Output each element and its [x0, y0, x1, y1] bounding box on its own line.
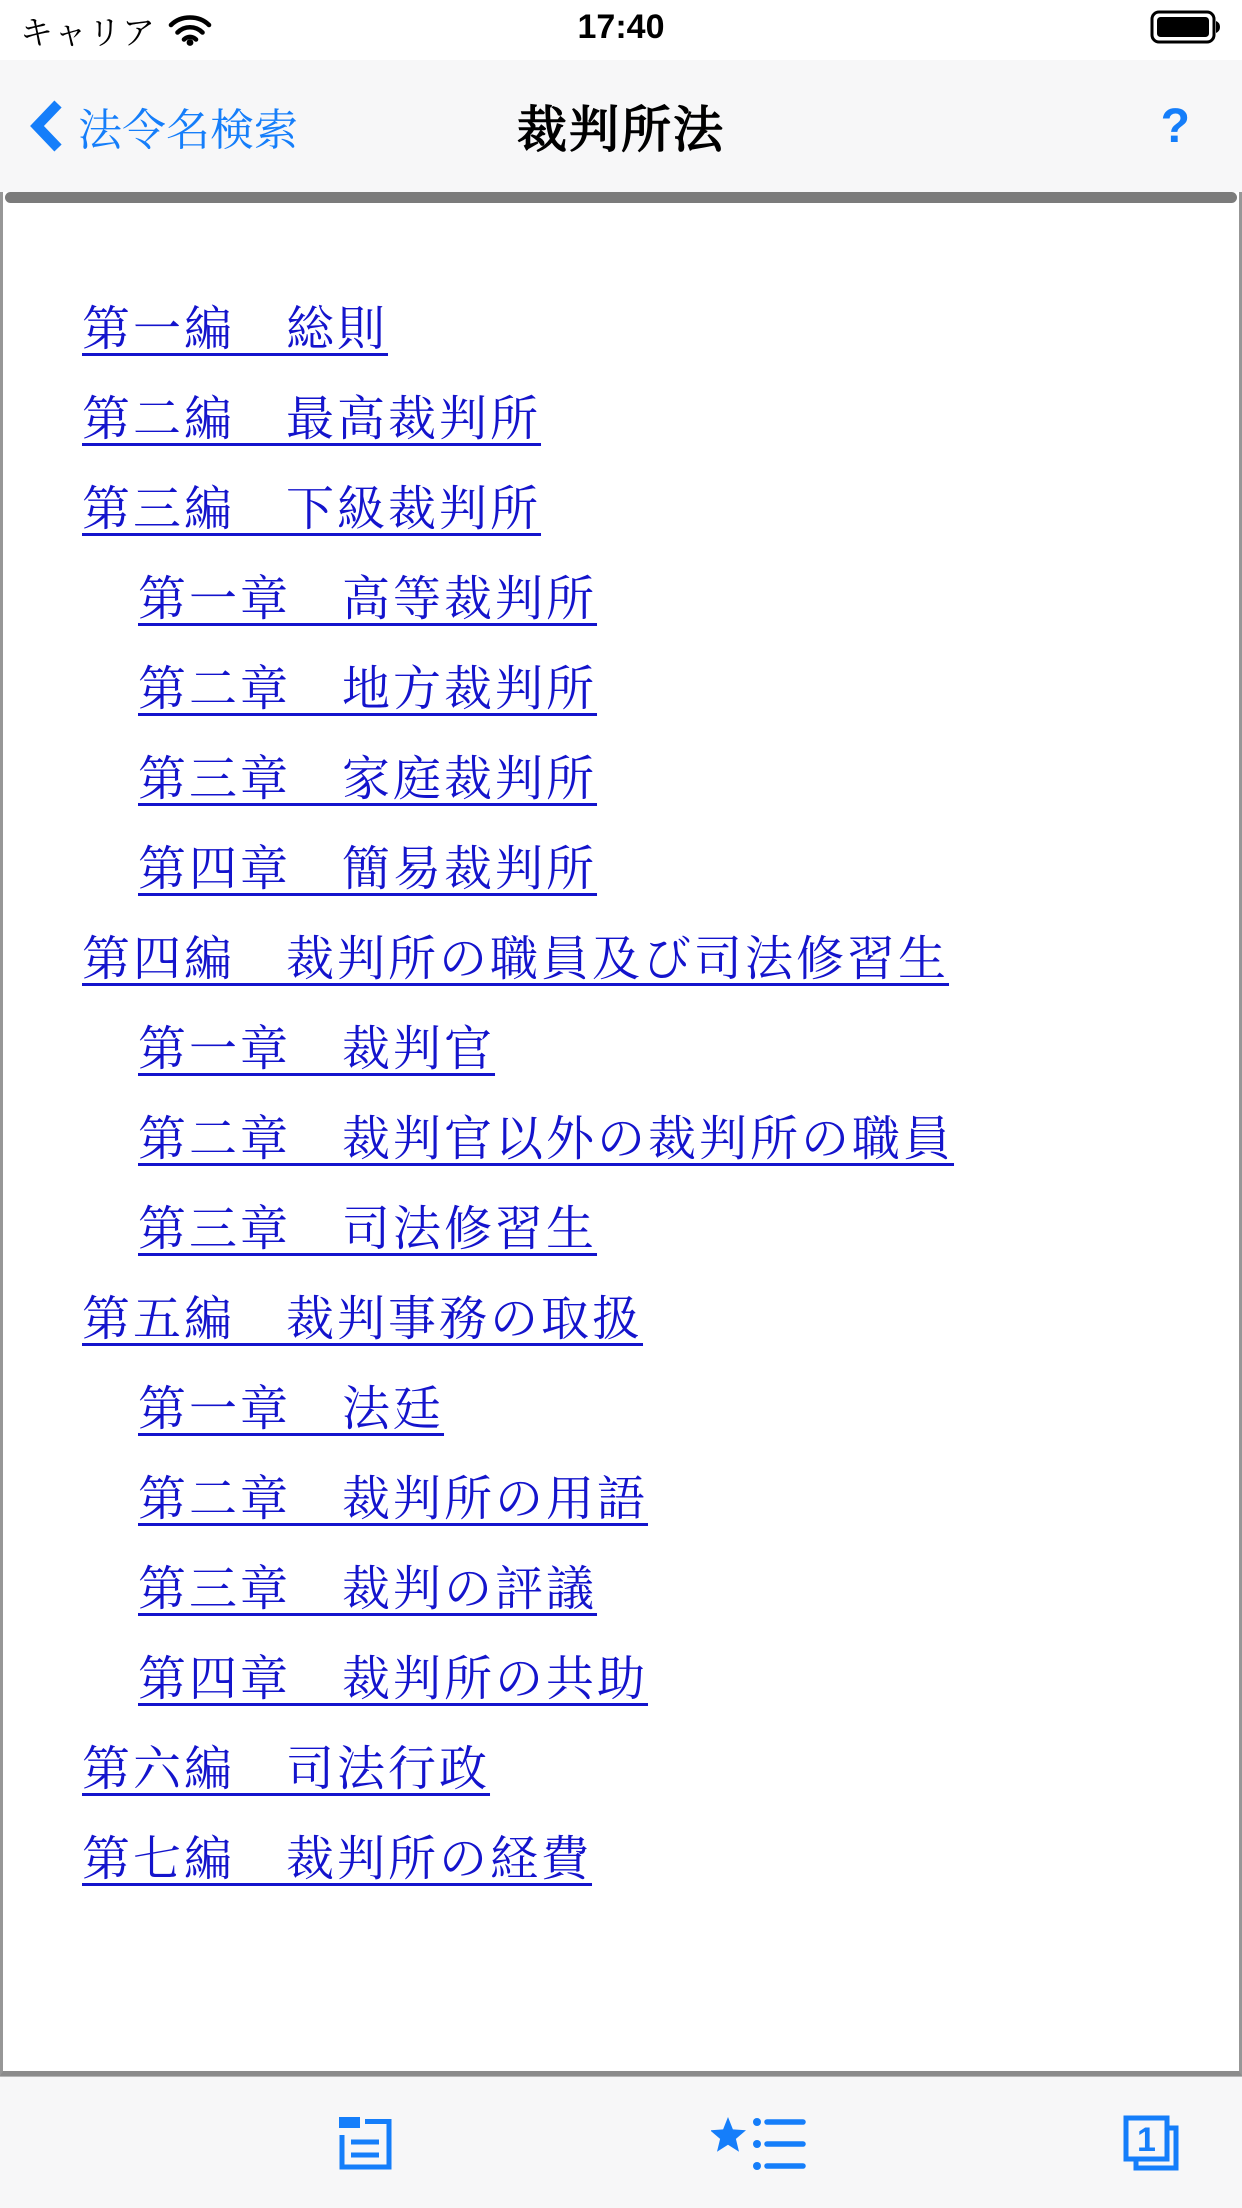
star-glyph [711, 2117, 746, 2152]
toc-link[interactable]: 第二章 裁判所の用語 [138, 1473, 648, 1526]
toc-link[interactable]: 第四編 裁判所の職員及び司法修習生 [82, 933, 949, 986]
toc-link[interactable]: 第六編 司法行政 [82, 1743, 490, 1796]
toc-link[interactable]: 第三章 裁判の評議 [138, 1563, 597, 1616]
back-button-label: 法令名検索 [78, 94, 298, 158]
toc-row: 第四編 裁判所の職員及び司法修習生 [82, 915, 1199, 1005]
contents-icon [336, 2114, 394, 2172]
bookmark-list-button[interactable] [699, 2077, 819, 2208]
bookmark-list-icon [711, 2114, 807, 2172]
toc-row: 第三章 裁判の評議 [82, 1545, 1199, 1635]
toc-row: 第三章 家庭裁判所 [82, 735, 1199, 825]
toc-link[interactable]: 第一章 法廷 [138, 1383, 444, 1436]
back-button[interactable]: 法令名検索 [30, 60, 298, 192]
toc-row: 第二編 最高裁判所 [82, 375, 1199, 465]
toc-row: 第四章 裁判所の共助 [82, 1635, 1199, 1725]
toc-row: 第二章 裁判所の用語 [82, 1455, 1199, 1545]
content-top-rule [5, 192, 1237, 203]
toc-row: 第一編 総則 [82, 285, 1199, 375]
toc-row: 第三章 司法修習生 [82, 1185, 1199, 1275]
status-bar: キャリア 17:40 [0, 0, 1242, 60]
bottom-toolbar: 1 [0, 2076, 1242, 2208]
toc-link[interactable]: 第二章 地方裁判所 [138, 663, 597, 716]
toc-link[interactable]: 第三編 下級裁判所 [82, 483, 541, 536]
toc-link[interactable]: 第三章 司法修習生 [138, 1203, 597, 1256]
contents-button[interactable] [305, 2077, 425, 2208]
toc-link[interactable]: 第一編 総則 [82, 303, 388, 356]
status-right [1150, 10, 1222, 49]
toc-row: 第四章 簡易裁判所 [82, 825, 1199, 915]
pages-icon: 1 [1122, 2114, 1180, 2172]
content-frame: 第一編 総則第二編 最高裁判所第三編 下級裁判所第一章 高等裁判所第二章 地方裁… [0, 192, 1242, 2076]
toc-row: 第六編 司法行政 [82, 1725, 1199, 1815]
toc-row: 第二章 裁判官以外の裁判所の職員 [82, 1095, 1199, 1185]
toc-link[interactable]: 第四章 簡易裁判所 [138, 843, 597, 896]
toc-row: 第一章 法廷 [82, 1365, 1199, 1455]
toc-link[interactable]: 第二章 裁判官以外の裁判所の職員 [138, 1113, 954, 1166]
toc-link[interactable]: 第一章 裁判官 [138, 1023, 495, 1076]
toc-link[interactable]: 第三章 家庭裁判所 [138, 753, 597, 806]
pages-button[interactable]: 1 [1091, 2077, 1211, 2208]
battery-icon [1150, 10, 1222, 44]
pages-badge: 1 [1137, 2121, 1156, 2159]
toc-link[interactable]: 第七編 裁判所の経費 [82, 1833, 592, 1886]
toc-row: 第一章 裁判官 [82, 1005, 1199, 1095]
toc-row: 第三編 下級裁判所 [82, 465, 1199, 555]
toc-link[interactable]: 第四章 裁判所の共助 [138, 1653, 648, 1706]
toc-row: 第一章 高等裁判所 [82, 555, 1199, 645]
toc-link[interactable]: 第二編 最高裁判所 [82, 393, 541, 446]
toc-row: 第七編 裁判所の経費 [82, 1815, 1199, 1905]
toc-row: 第二章 地方裁判所 [82, 645, 1199, 735]
toc-link[interactable]: 第一章 高等裁判所 [138, 573, 597, 626]
toc-row: 第五編 裁判事務の取扱 [82, 1275, 1199, 1365]
toc-list[interactable]: 第一編 総則第二編 最高裁判所第三編 下級裁判所第一章 高等裁判所第二章 地方裁… [3, 203, 1239, 2071]
nav-bar: 裁判所法 法令名検索 ? [0, 60, 1242, 192]
toc-link[interactable]: 第五編 裁判事務の取扱 [82, 1293, 643, 1346]
help-button[interactable]: ? [1161, 60, 1190, 192]
back-chevron-icon [30, 99, 64, 153]
clock-label: 17:40 [0, 8, 1242, 47]
app-screen: キャリア 17:40 裁判所法 法令 [0, 0, 1242, 2208]
